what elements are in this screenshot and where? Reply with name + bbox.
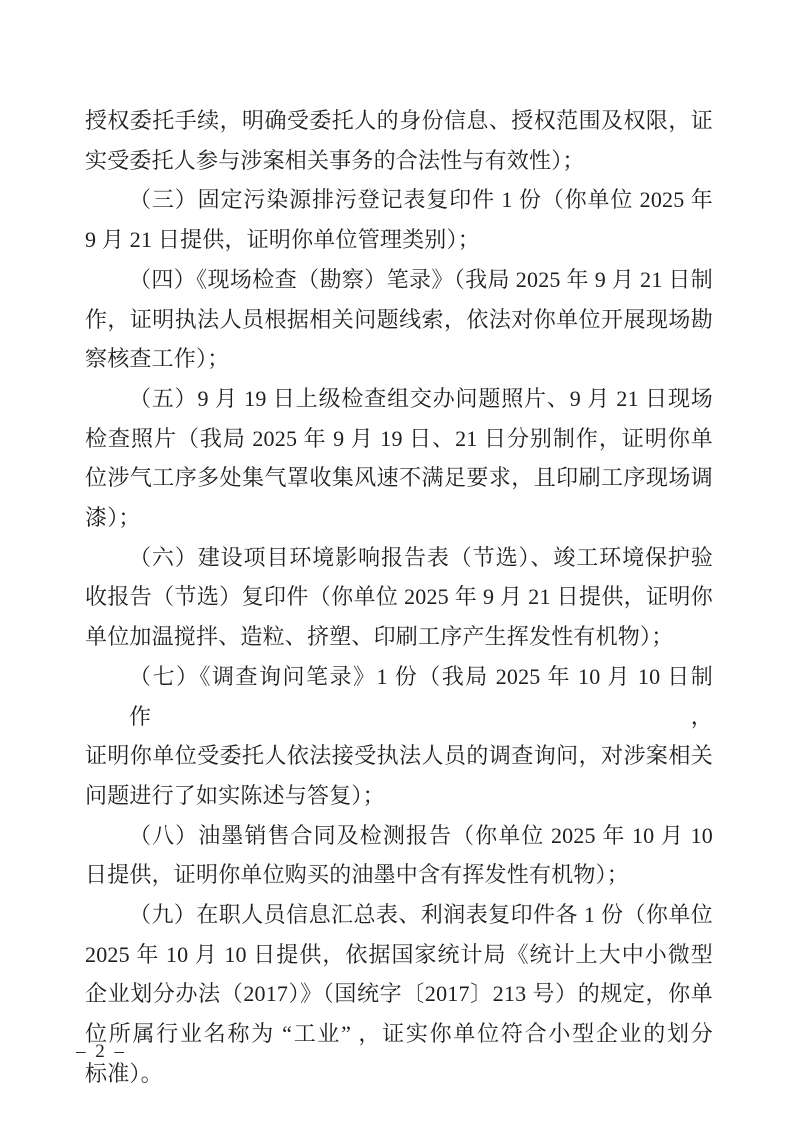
text-line: （四）《现场检查（勘察）笔录》（我局 2025 年 9 月 21 日制 xyxy=(85,260,713,300)
text-line: 证明你单位受委托人依法接受执法人员的调查询问，对涉案相关 xyxy=(85,736,713,776)
text-line: 标准）。 xyxy=(85,1054,713,1094)
text-line: （九）在职人员信息汇总表、利润表复印件各 1 份（你单位 xyxy=(85,895,713,935)
text-line: （六）建设项目环境影响报告表（节选）、竣工环境保护验 xyxy=(85,538,713,578)
text-line: 授权委托手续，明确受委托人的身份信息、授权范围及权限，证 xyxy=(85,101,713,141)
text-line: （七）《调查询问笔录》1 份（我局 2025 年 10 月 10 日制作， xyxy=(85,657,713,736)
text-line: 2025 年 10 月 10 日提供，依据国家统计局《统计上大中小微型 xyxy=(85,935,713,975)
text-line: 检查照片（我局 2025 年 9 月 19 日、21 日分别制作，证明你单 xyxy=(85,419,713,459)
body-text: 授权委托手续，明确受委托人的身份信息、授权范围及权限，证实受委托人参与涉案相关事… xyxy=(85,101,713,1094)
text-line: 9 月 21 日提供，证明你单位管理类别）； xyxy=(85,220,713,260)
text-line: （五）9 月 19 日上级检查组交办问题照片、9 月 21 日现场 xyxy=(85,379,713,419)
text-line: 察核查工作）； xyxy=(85,339,713,379)
document-page: 授权委托手续，明确受委托人的身份信息、授权范围及权限，证实受委托人参与涉案相关事… xyxy=(0,0,793,1122)
text-line: 企业划分办法（2017）》（国统字〔2017〕213 号）的规定，你单 xyxy=(85,974,713,1014)
text-line: 日提供，证明你单位购买的油墨中含有挥发性有机物）； xyxy=(85,855,713,895)
text-line: 作，证明执法人员根据相关问题线索，依法对你单位开展现场勘 xyxy=(85,300,713,340)
text-line: 位所属行业名称为 “工业” ，证实你单位符合小型企业的划分 xyxy=(85,1014,713,1054)
text-line: 实受委托人参与涉案相关事务的合法性与有效性）； xyxy=(85,141,713,181)
text-line: 单位加温搅拌、造粒、挤塑、印刷工序产生挥发性有机物）； xyxy=(85,617,713,657)
text-line: 位涉气工序多处集气罩收集风速不满足要求，且印刷工序现场调 xyxy=(85,458,713,498)
page-number: – 2 – xyxy=(76,1041,127,1063)
text-line: 漆）； xyxy=(85,498,713,538)
text-line: （三）固定污染源排污登记表复印件 1 份（你单位 2025 年 xyxy=(85,180,713,220)
text-line: 问题进行了如实陈述与答复）； xyxy=(85,776,713,816)
text-line: 收报告（节选）复印件（你单位 2025 年 9 月 21 日提供，证明你 xyxy=(85,577,713,617)
text-line: （八）油墨销售合同及检测报告（你单位 2025 年 10 月 10 xyxy=(85,816,713,856)
